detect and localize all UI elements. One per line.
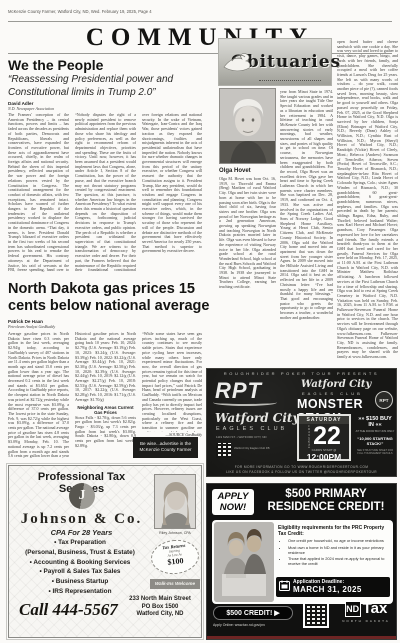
firm-tagline: CPA For 28 Years xyxy=(14,528,149,537)
tax-returns-starburst: Tax Returns Starting As Low As $100 xyxy=(149,538,200,577)
rpt-swoosh-icon xyxy=(213,399,277,406)
walkins-badge: Walk-Ins Welcome xyxy=(150,579,200,589)
calendar-icon xyxy=(279,578,290,596)
fine-print: SEE STRUCTURE SHEET FOR FULL TOURNAMENT … xyxy=(355,449,395,456)
nd-logo-box: ND xyxy=(345,601,361,617)
obituary-portrait-photo xyxy=(219,88,276,164)
wtp-byline-org: N.D. Newspaper Association xyxy=(8,106,54,111)
gas-byline-org: Petroleum Analyst GasBuddy xyxy=(8,324,55,329)
nd-logo-sub: NORTH DAKOTA xyxy=(337,619,395,623)
monster-footer: FOR MORE INFORMATION GO TO WWW.ROUGHRIDE… xyxy=(207,465,396,474)
firm-name: Johnson & Co. xyxy=(14,511,149,528)
gas-column-1: Average gasoline prices in North Dakota … xyxy=(8,332,69,458)
logo-letter: J xyxy=(79,488,86,504)
wtp-column-3: over foreign relations and national secu… xyxy=(142,113,202,272)
footer-line: LIKE US ON FACEBOOK & FOLLOW US ON TWITT… xyxy=(207,470,396,474)
prc-credit-ad: APPLY NOW! $500 PRIMARY RESIDENCE CREDIT… xyxy=(206,483,397,640)
prc-qr-code xyxy=(303,602,329,628)
apply-now-badge: APPLY NOW! xyxy=(212,489,254,515)
eligibility-item: Must own a home in ND and reside in it a… xyxy=(288,546,390,556)
poker-tour-badge-icon: RPT xyxy=(375,391,393,409)
tax-service-item: • Accounting & Booking Services xyxy=(9,558,151,568)
tax-service-item: • Payroll & Sales Tax Sales xyxy=(9,567,151,577)
eagles-qr-code xyxy=(216,443,231,458)
event-month: FEBRUARY xyxy=(307,424,311,448)
badge-text: RPT xyxy=(379,398,388,403)
event-club-script: Watford City xyxy=(301,379,371,390)
prc-headline-line1: $500 PRIMARY xyxy=(257,488,395,501)
gas-headline: North Dakota gas prices 15 cents below n… xyxy=(8,281,220,315)
venue-address: 1119 MAIN ST. • WATFORD CITY, ND xyxy=(216,435,267,439)
buyin-sub: AT THE DOOR BUY-INS ONLY xyxy=(355,429,395,433)
prc-headline: $500 PRIMARY RESIDENCE CREDIT! xyxy=(257,488,395,514)
wtp-headline: We the People xyxy=(8,57,103,73)
address-block: 233 North Main Street PO Box 1500 Watfor… xyxy=(121,596,199,619)
tax-services-ad: Professional Tax Services J Johnson & Co… xyxy=(8,465,202,638)
obituaries-banner: Obituaries xyxy=(218,38,332,86)
cpa-headshot-photo xyxy=(154,474,196,529)
obit-column-2: year from Minot State in 1974. She taugh… xyxy=(280,90,333,366)
headshot-caption: Riley Johnson, CPA xyxy=(149,531,201,535)
buyin-block: »» $150 BUY IN «« AT THE DOOR BUY-INS ON… xyxy=(355,416,395,456)
phone-number: Call 444-5567 xyxy=(19,600,118,620)
homeowners-photo xyxy=(214,522,274,602)
monster-stack-ad: ROUGHRIDER POKER TOUR PRESENTS RPT Watfo… xyxy=(206,368,397,477)
obit-column-1: Olga M. Hovet was born Oct. 16, 1919, to… xyxy=(219,177,276,365)
nd-logo-tax: Tax xyxy=(363,600,388,617)
deadline-banner: Application Deadline: MARCH 31, 2025 xyxy=(276,577,390,597)
apply-line2: NOW! xyxy=(212,502,254,513)
starting-stack: “10,000 STARTING STACK!” xyxy=(355,436,395,446)
footer-line: FOR MORE INFORMATION GO TO WWW.ROUGHRIDE… xyxy=(207,465,396,469)
house-ad-be-wise: Be wise...advertise in the McKenzie Coun… xyxy=(133,437,198,458)
tax-service-item: • Business Startup xyxy=(9,577,151,587)
apply-line1: APPLY xyxy=(212,491,254,502)
venue-name-script: Watford City xyxy=(215,411,299,425)
dove-icon xyxy=(222,51,252,80)
johnson-co-logo: J xyxy=(69,483,95,509)
edition-line: McKenzie County Farmer, Watford City, ND… xyxy=(8,9,152,14)
event-date-number: 22 xyxy=(313,424,341,448)
event-date-box: SATURDAY FEBRUARY 22 CARDS START @ 12:00… xyxy=(297,414,351,461)
address-line: PO Box 1500 xyxy=(121,604,199,612)
masthead-rule xyxy=(8,21,392,22)
buyin-amount: »» $150 BUY IN «« xyxy=(355,416,395,428)
eligibility-item: Those that applied in 2024 must re-apply… xyxy=(288,557,390,567)
tax-service-item: (Personal, Business, Trust & Estate) xyxy=(9,548,151,558)
address-line: Watford City, ND xyxy=(121,611,199,619)
obit-column-3: open faced butter and cheese sandwich wi… xyxy=(337,40,398,366)
event-time: 12:00PM xyxy=(299,452,349,462)
presents-line: ROUGHRIDER POKER TOUR PRESENTS xyxy=(207,371,396,376)
event-club-caps: EAGLES CLUB xyxy=(302,391,363,396)
venue-name-caps: EAGLES CLUB xyxy=(216,426,287,432)
gas-neighboring-prices: Sioux Falls - $2.70/g, down 5.6 cents pe… xyxy=(75,416,136,449)
prc-content-panel: Eligibility requirements for the PRC Pro… xyxy=(212,520,393,604)
wtp-column-1: The Framers' conception of the American … xyxy=(8,113,69,272)
tax-services-list: • Tax Preparation (Personal, Business, T… xyxy=(9,538,151,597)
gas-subhead: Neighboring Areas Current Gas Prices xyxy=(75,405,136,415)
prc-headline-line2: RESIDENCE CREDIT! xyxy=(257,501,395,514)
house-ad-line1: Be wise...advertise in the xyxy=(133,441,198,447)
eligibility-title: Eligibility requirements for the PRC Pro… xyxy=(278,525,390,537)
gas-quote-text: “While some states have seen gas prices … xyxy=(142,332,202,432)
address-line: 233 North Main Street xyxy=(121,596,199,604)
deadline-date: MARCH 31, 2025 xyxy=(293,585,362,594)
prc-bottom-stripe xyxy=(207,636,397,640)
tax-service-item: • Tax Preparation xyxy=(9,538,151,548)
obituary-name: Olga Hovet xyxy=(219,168,251,174)
apply-online-url: Apply Online: www.tax.nd.gov/prc xyxy=(213,623,265,627)
house-ad-line2: McKenzie County Farmer xyxy=(133,447,198,453)
eligibility-item: One credit per household, no age or inco… xyxy=(288,539,390,544)
gas-column-2: Historical gasoline prices in North Dako… xyxy=(75,332,136,458)
eligibility-list: One credit per household, no age or inco… xyxy=(282,539,390,569)
wtp-subtitle: “Reassessing Presidential power and Cons… xyxy=(8,74,210,99)
newspaper-page: McKenzie County Farmer, Watford City, ND… xyxy=(0,0,400,643)
nd-tax-logo: ND Tax NORTH DAKOTA xyxy=(337,600,395,623)
wtp-column-2: “Nobody disputes the right of a newly mi… xyxy=(75,113,136,272)
credit-button: $500 CREDIT! ▶ xyxy=(213,606,293,620)
qr-caption: Watford City Eagles Club FB xyxy=(234,447,280,451)
obituaries-banner-ornament xyxy=(259,80,321,81)
gas-history-text: Historical gasoline prices in North Dako… xyxy=(75,332,136,403)
